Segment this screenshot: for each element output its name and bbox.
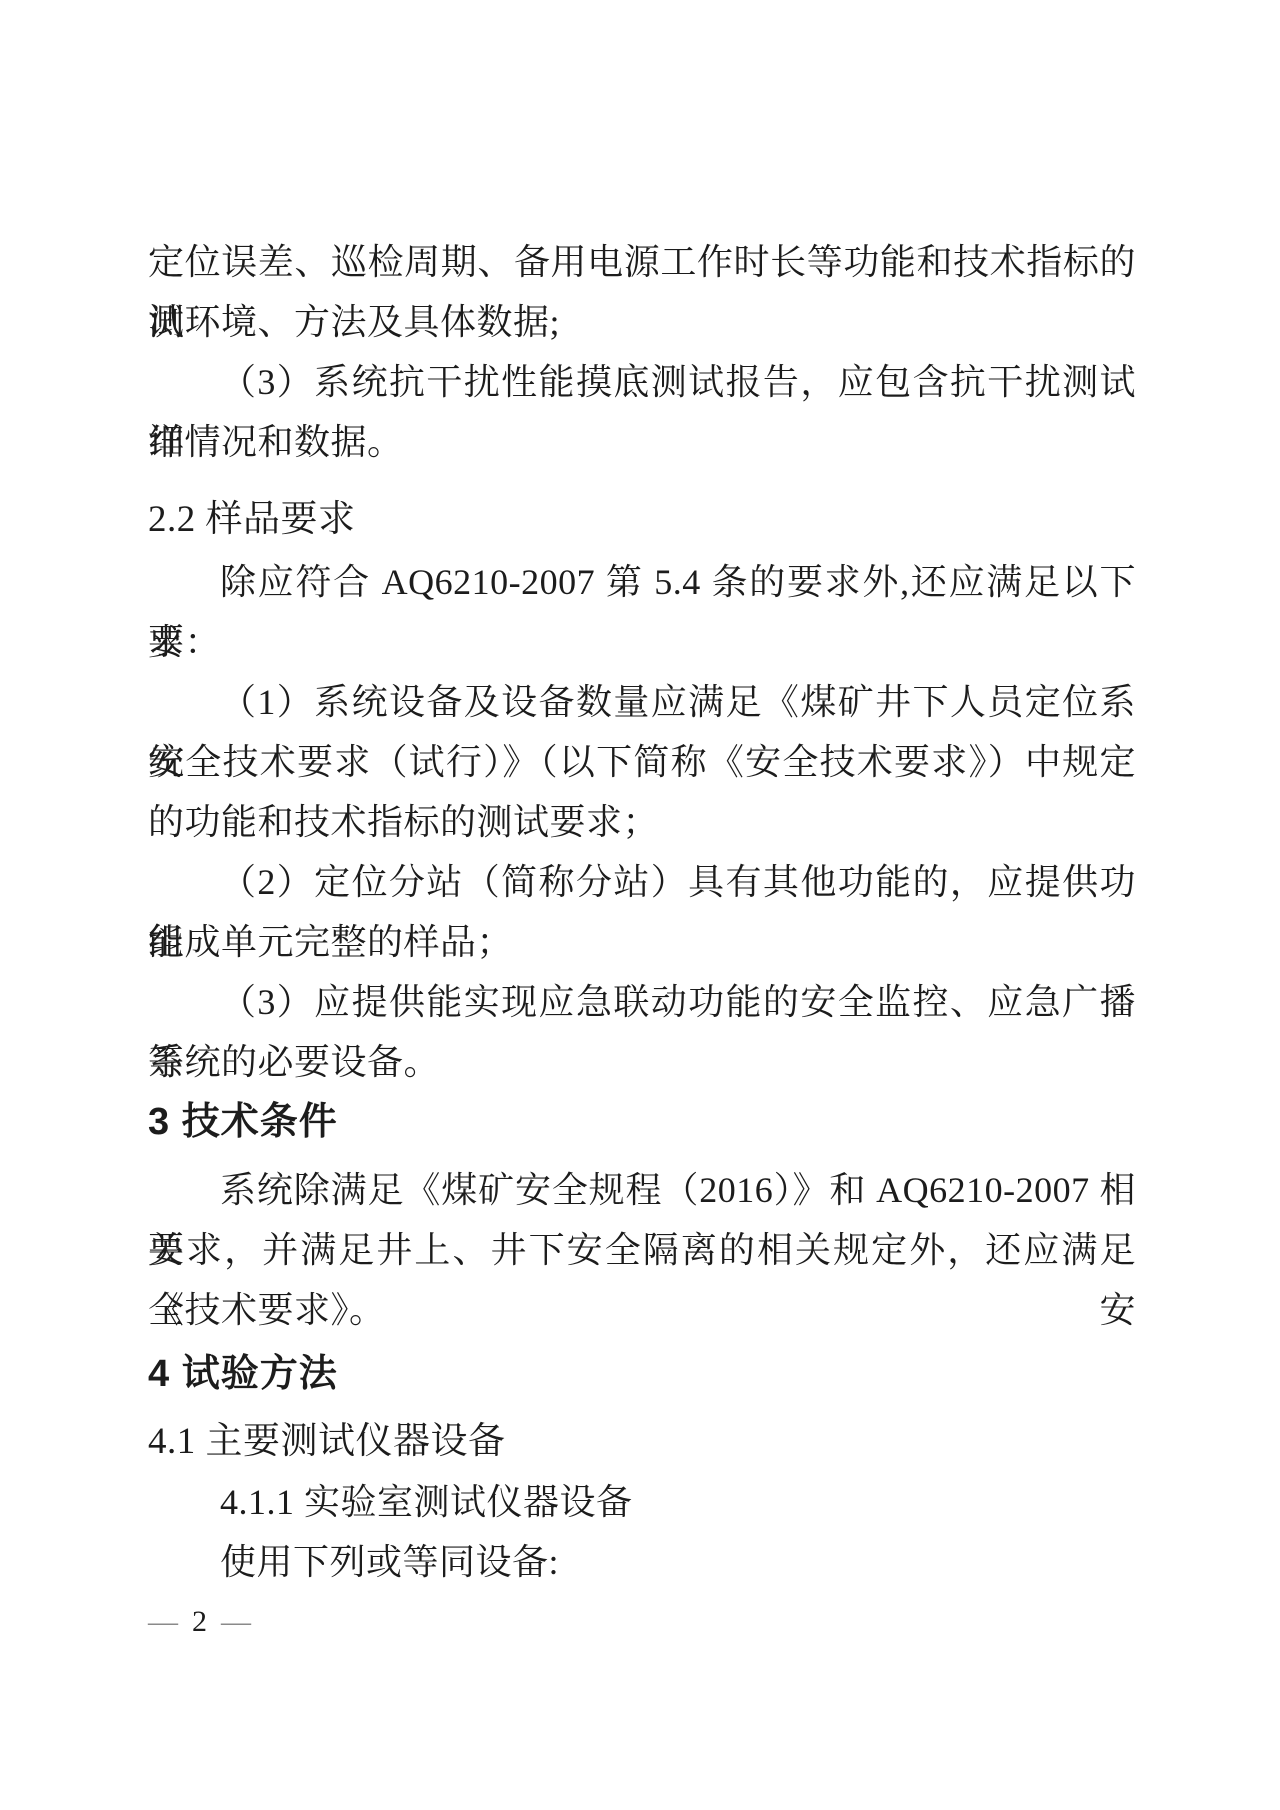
body-line: 求： [148,612,1136,672]
body-line: 系统的必要设备。 [148,1032,1136,1092]
body-line: 安全技术要求（试行）》（以下简称《安全技术要求》）中规定 [148,732,1136,792]
body-line: 使用下列或等同设备: [148,1532,1136,1592]
body-line: 试环境、方法及具体数据; [148,292,1136,352]
body-line-item-2: （2）定位分站（简称分站）具有其他功能的，应提供功能 [148,852,1136,912]
page-footer: —2— [148,1602,251,1642]
body-line-item-3: （3）应提供能实现应急联动功能的安全监控、应急广播等 [148,972,1136,1032]
heading-2-2: 2.2 样品要求 [148,490,1136,550]
heading-4-1-1: 4.1.1 实验室测试仪器设备 [148,1472,1136,1532]
body-line: 要求，并满足井上、井下安全隔离的相关规定外，还应满足《安 [148,1220,1136,1280]
body-line-item-1: （1）系统设备及设备数量应满足《煤矿井下人员定位系统 [148,672,1136,732]
body-line: 系统除满足《煤矿安全规程（2016）》和 AQ6210-2007 相关 [148,1160,1136,1220]
footer-right-dash: — [221,1605,251,1638]
document-body: 定位误差、巡检周期、备用电源工作时长等功能和技术指标的测 试环境、方法及具体数据… [148,232,1136,1592]
heading-3: 3 技术条件 [148,1092,1136,1152]
body-line: 的功能和技术指标的测试要求； [148,792,1136,852]
body-line: 定位误差、巡检周期、备用电源工作时长等功能和技术指标的测 [148,232,1136,292]
body-line-item-3: （3）系统抗干扰性能摸底测试报告，应包含抗干扰测试详 [148,352,1136,412]
heading-4-1: 4.1 主要测试仪器设备 [148,1412,1136,1472]
footer-page-number: 2 [192,1605,207,1638]
heading-4: 4 试验方法 [148,1344,1136,1404]
body-line: 细情况和数据。 [148,412,1136,472]
footer-left-dash: — [148,1605,178,1638]
body-line: 组成单元完整的样品； [148,912,1136,972]
body-line: 除应符合 AQ6210-2007 第 5.4 条的要求外,还应满足以下要 [148,552,1136,612]
document-page: 定位误差、巡检周期、备用电源工作时长等功能和技术指标的测 试环境、方法及具体数据… [0,0,1280,1810]
